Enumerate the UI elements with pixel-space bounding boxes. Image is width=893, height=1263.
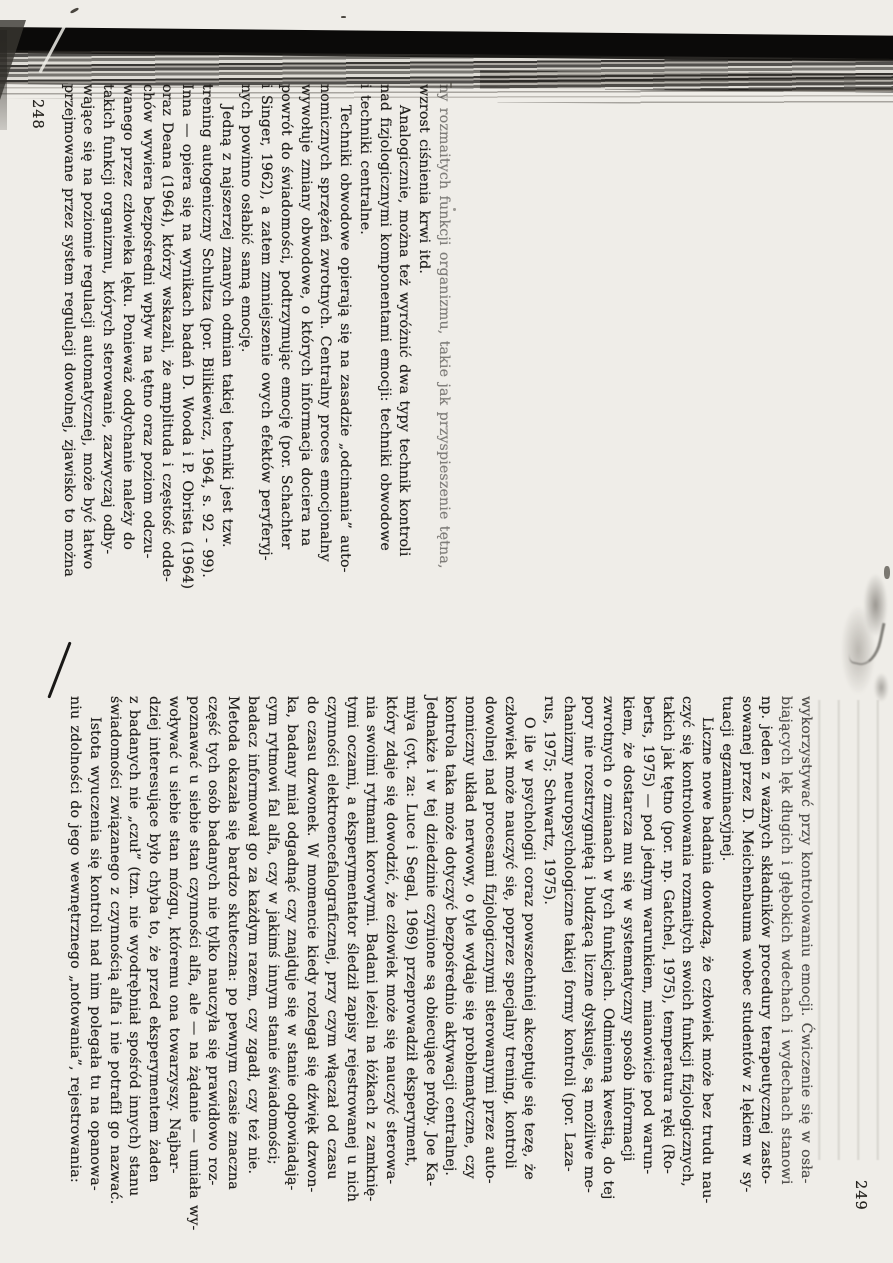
text-line: ny rozmaitych funkcji organizmu, takie j… <box>433 84 453 575</box>
text-line: biających lęk długich i głębokich wdecha… <box>776 696 796 1187</box>
text-line: i techniki centralne. <box>354 84 374 575</box>
text-line: nia swoimi rytmami korowymi. Badani leże… <box>361 696 381 1187</box>
text-line: cym rytmowi fal alfa, czy w jakimś innym… <box>262 696 282 1187</box>
text-line: wywołuje zmiany obwodowe, o których info… <box>295 84 315 575</box>
page-number: 248 <box>25 99 45 141</box>
text-line: Techniki obwodowe opierają się na zasadz… <box>335 84 355 575</box>
text-line: wzrost ciśnienia krwi itd. <box>414 84 434 575</box>
text-line: zwrotnych o zmianach w tych funkcjach. O… <box>598 696 618 1187</box>
text-line: z badanych nie „czuł” (tzn. nie wyodrębn… <box>124 696 144 1187</box>
scan-artifact-top-streaks-right <box>480 71 893 92</box>
text-line: dziej interesujące było chyba to, że prz… <box>144 696 164 1187</box>
page-249-text: wykorzystywać przy kontrolowaniu emocji.… <box>63 696 815 1187</box>
text-line: oraz Deana (1964), którzy wskazali, że a… <box>157 84 177 575</box>
text-line: Analogicznie, można też wyróżnić dwa typ… <box>394 84 414 575</box>
text-line: Liczne nowe badania dowodzą, że człowiek… <box>697 696 717 1187</box>
text-line: ka, badany miał odgadnąć czy znajduje si… <box>282 696 302 1187</box>
text-line: O ile w psychologii coraz powszechniej a… <box>519 696 539 1187</box>
text-line: Jednakże i w tej dziedzinie czynione są … <box>420 696 440 1187</box>
text-line: miya (cyt. za: Luce i Segal, 1969) przep… <box>400 696 420 1187</box>
page-249: wykorzystywać przy kontrolowaniu emocji.… <box>63 696 815 1187</box>
text-line: wające się na poziomie regulacji automat… <box>78 84 98 575</box>
text-line: kiem, że dostarcza mu się w systematyczn… <box>618 696 638 1187</box>
text-line: berts, 1975) — pod jednym warunkiem, mia… <box>637 696 657 1187</box>
text-line: Inna — opiera się na wynikach badań D. W… <box>177 84 197 575</box>
text-line: który zdaje się dowodzić, że człowiek mo… <box>381 696 401 1187</box>
text-line: rus, 1975; Schwartz, 1975). <box>539 696 559 1187</box>
text-line: chanizmy neuropsychologiczne takiej form… <box>558 696 578 1187</box>
scan-artifact-ghost-print-through <box>818 700 880 1160</box>
page-249-number-box: 249 <box>848 1180 868 1222</box>
page-248-number-box: 248 <box>25 99 45 141</box>
scan-artifact-speck <box>453 208 456 211</box>
text-line: człowiek może nauczyć się, poprzez specj… <box>499 696 519 1187</box>
scan-artifact-speck <box>341 16 346 18</box>
text-line: sowanej przez D. Meichenbauma wobec stud… <box>736 696 756 1187</box>
scan-artifact-left-edge-smear <box>0 30 7 130</box>
page-number: 249 <box>848 1180 868 1222</box>
text-line: Istota wyuczenia się kontroli nad nim po… <box>84 696 104 1187</box>
text-line: przejmowane przez system regulacji dowol… <box>58 84 78 575</box>
text-line: nych powinno osłabić samą emocję. <box>236 84 256 575</box>
text-line: dowolnej nad procesami fizjologicznymi s… <box>479 696 499 1187</box>
text-line: czyć się kontrolowania rozmaitych swoich… <box>677 696 697 1187</box>
text-line: takich jak tętno (por. np. Gatchel, 1975… <box>657 696 677 1187</box>
text-line: świadomości związanego z czynnością alfa… <box>104 696 124 1187</box>
text-line: Jedną z najszerzej znanych odmian takiej… <box>216 84 236 575</box>
text-line: wykorzystywać przy kontrolowaniu emocji.… <box>795 696 815 1187</box>
text-line: tymi oczami, a eksperymentator śledził z… <box>341 696 361 1187</box>
scan-artifact-top-black-band <box>0 27 893 62</box>
scan-artifact-white-hairline <box>39 21 68 73</box>
scan-artifact-corner-wedge <box>0 20 26 100</box>
text-line: woływać u siebie stan mózgu, któremu ona… <box>163 696 183 1187</box>
text-line: nad fizjologicznymi komponentami emocji:… <box>374 84 394 575</box>
scan-artifact-spine-squiggle <box>848 617 886 668</box>
text-line: Metoda okazała się bardzo skuteczna: po … <box>223 696 243 1187</box>
text-line: czynności elektroencefalograficznej, prz… <box>321 696 341 1187</box>
text-line: poznawać u siebie stan czynności alfa, a… <box>183 696 203 1187</box>
text-line: nomiczny układ nerwowy, o tyle wydaje si… <box>460 696 480 1187</box>
text-line: i Singer, 1962), a zatem zmniejszenie ow… <box>256 84 276 575</box>
text-line: tuacji egzaminacyjnej. <box>716 696 736 1187</box>
text-line: niu zdolności do jego wewnętrznego „noto… <box>65 696 85 1187</box>
scanned-book-spread: { "document": { "language": "Polish", "p… <box>0 0 893 1263</box>
scan-artifact-spine-smudge <box>835 560 893 710</box>
scan-artifact-backslash-mark <box>47 641 71 698</box>
text-line: trening autogeniczny Schultza (por. Bili… <box>196 84 216 575</box>
text-line: takich funkcji organizmu, których sterow… <box>98 84 118 575</box>
text-line: część tych osób badanych nie tylko naucz… <box>203 696 223 1187</box>
text-line: wanego przez człowieka lęku. Ponieważ od… <box>117 84 137 575</box>
text-line: chów wywiera bezpośredni wpływ na tętno … <box>137 84 157 575</box>
scan-artifact-speck <box>884 566 890 579</box>
scan-artifact-speck <box>70 7 79 14</box>
page-248: ny rozmaitych funkcji organizmu, takie j… <box>58 84 453 575</box>
text-line: do czasu dzwonek. W momencie kiedy rozle… <box>302 696 322 1187</box>
text-line: np. jeden z ważnych składników procedury… <box>756 696 776 1187</box>
text-line: nomicznych sprzężeń zwrotnych. Centralny… <box>315 84 335 575</box>
text-line: pory nie rozstrzygniętą i budzącą liczne… <box>578 696 598 1187</box>
text-line: badacz informował go za każdym razem, cz… <box>242 696 262 1187</box>
page-248-text: ny rozmaitych funkcji organizmu, takie j… <box>58 84 453 575</box>
text-line: kontrola taka może dotyczyć bezpośrednio… <box>440 696 460 1187</box>
text-line: powrót do świadomości, podtrzymując emoc… <box>275 84 295 575</box>
